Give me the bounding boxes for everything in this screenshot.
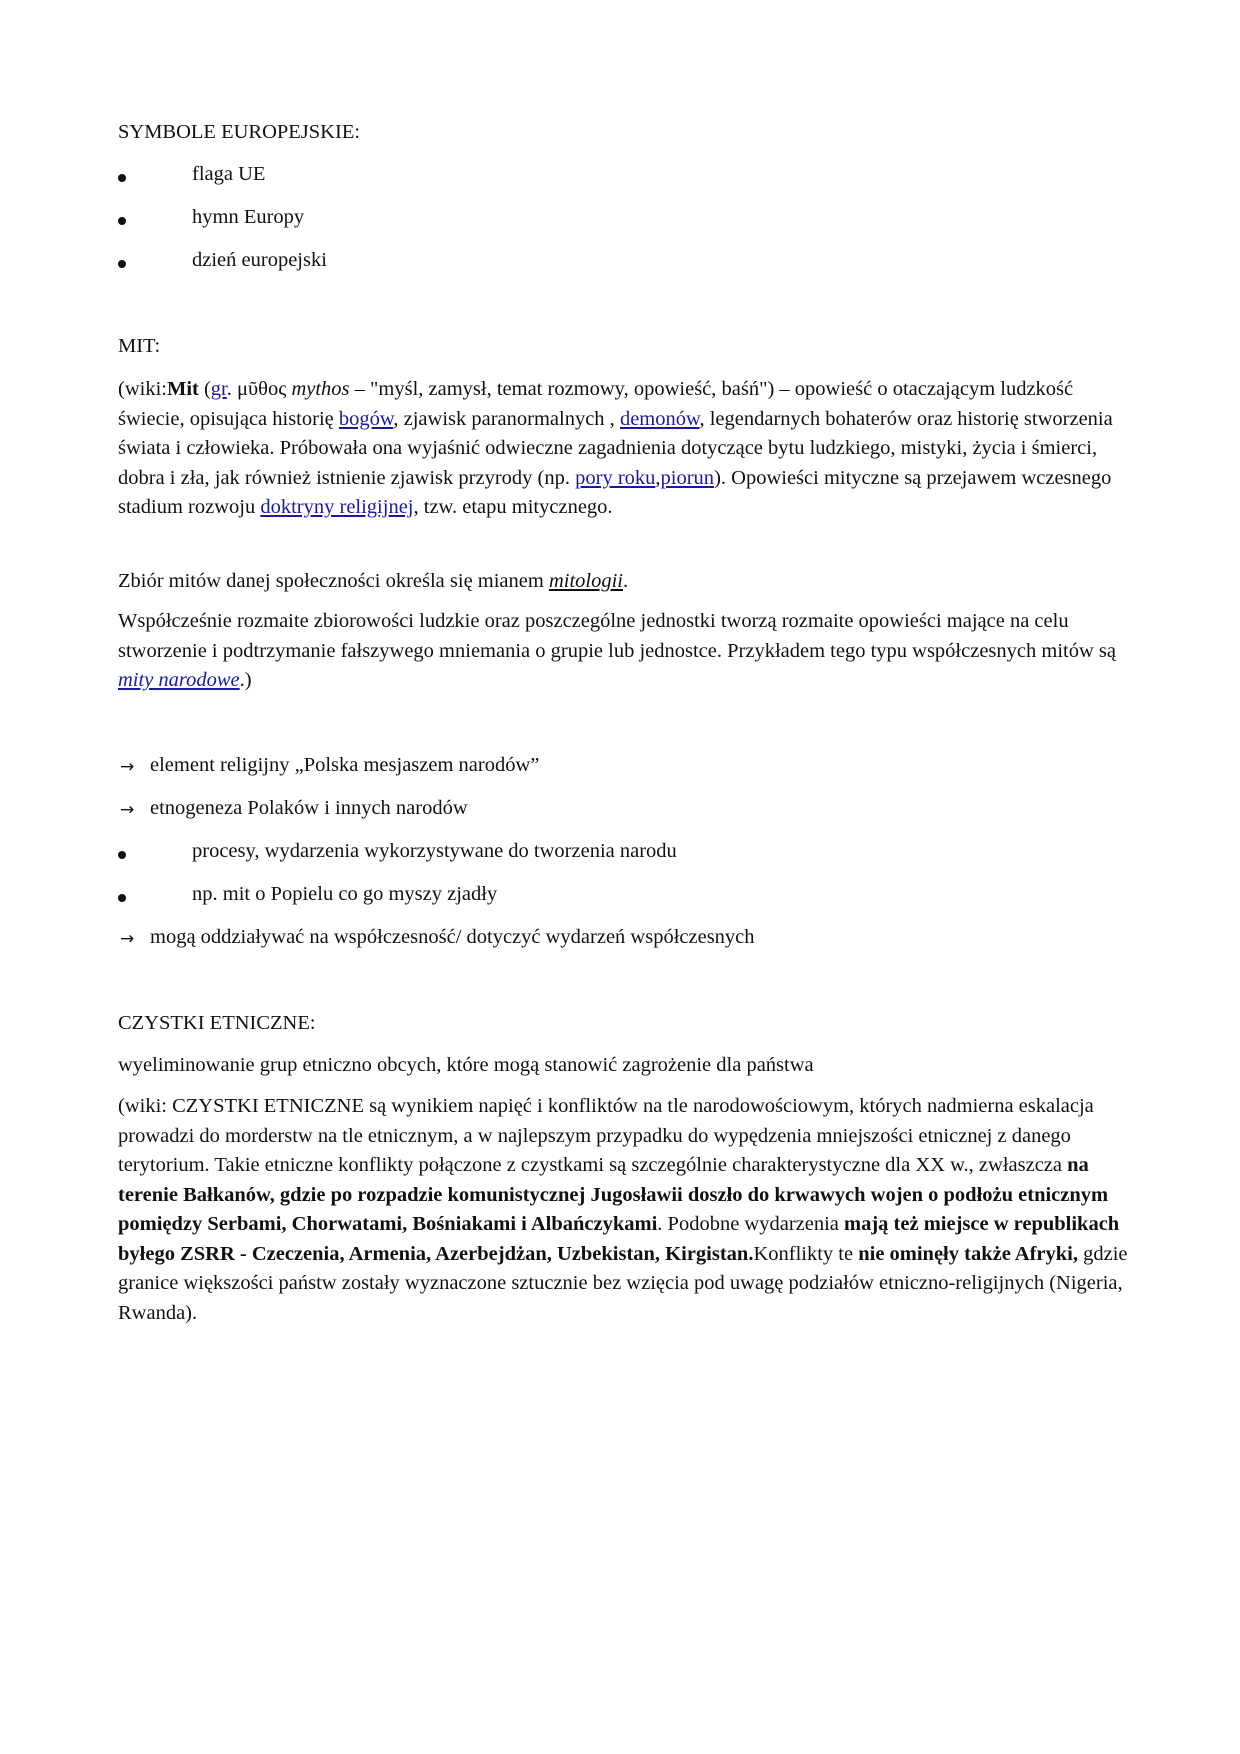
list-item: hymn Europy [118, 206, 718, 232]
heading-czystki: CZYSTKI ETNICZNE: [118, 1012, 316, 1035]
note-arrow-item: → element religijny „Polska mesjaszem na… [118, 754, 1018, 780]
bullet-icon [118, 217, 126, 225]
heading-symbole: SYMBOLE EUROPEJSKIE: [118, 121, 360, 144]
term-mit: Mit [167, 378, 199, 400]
czystki-definition: wyeliminowanie grup etniczno obcych, któ… [118, 1054, 814, 1077]
list-item: procesy, wydarzenia wykorzystywane do tw… [118, 840, 1018, 866]
link-gr[interactable]: gr [211, 378, 227, 400]
bullet-icon [118, 851, 126, 859]
mit-zbior-paragraph: Zbiór mitów danej społeczności określa s… [118, 567, 1128, 597]
bullet-icon [118, 174, 126, 182]
arrow-right-icon: → [120, 926, 134, 952]
mit-wiki-paragraph: (wiki:Mit (gr. μῦθος mythos – "myśl, zam… [118, 375, 1128, 523]
bullet-icon [118, 894, 126, 902]
link-mity-narodowe[interactable]: mity narodowe [118, 669, 240, 691]
bullet-icon [118, 260, 126, 268]
list-item: dzień europejski [118, 249, 718, 275]
list-item-text: flaga UE [192, 163, 265, 186]
link-demonow[interactable]: demonów [620, 408, 700, 430]
link-doktryny-religijnej[interactable]: doktryny religijnej [260, 496, 413, 518]
link-bogow[interactable]: bogów [339, 408, 393, 430]
link-mitologii[interactable]: mitologii [549, 570, 623, 592]
note-arrow-item: → etnogeneza Polaków i innych narodów [118, 797, 1018, 823]
heading-mit: MIT: [118, 335, 160, 358]
list-item-text: hymn Europy [192, 206, 304, 229]
list-item: np. mit o Popielu co go myszy zjadły [118, 883, 1018, 909]
list-item: flaga UE [118, 163, 718, 189]
link-piorun[interactable]: piorun [661, 467, 715, 489]
czystki-wiki-paragraph: (wiki: CZYSTKI ETNICZNE są wynikiem napi… [118, 1092, 1128, 1328]
link-pory-roku[interactable]: pory roku [575, 467, 655, 489]
mit-wspolczesnie-paragraph: Współcześnie rozmaite zbiorowości ludzki… [118, 607, 1128, 696]
arrow-right-icon: → [120, 797, 134, 823]
arrow-right-icon: → [120, 754, 134, 780]
note-arrow-item: → mogą oddziaływać na współczesność/ dot… [118, 926, 1018, 952]
list-item-text: dzień europejski [192, 249, 327, 272]
